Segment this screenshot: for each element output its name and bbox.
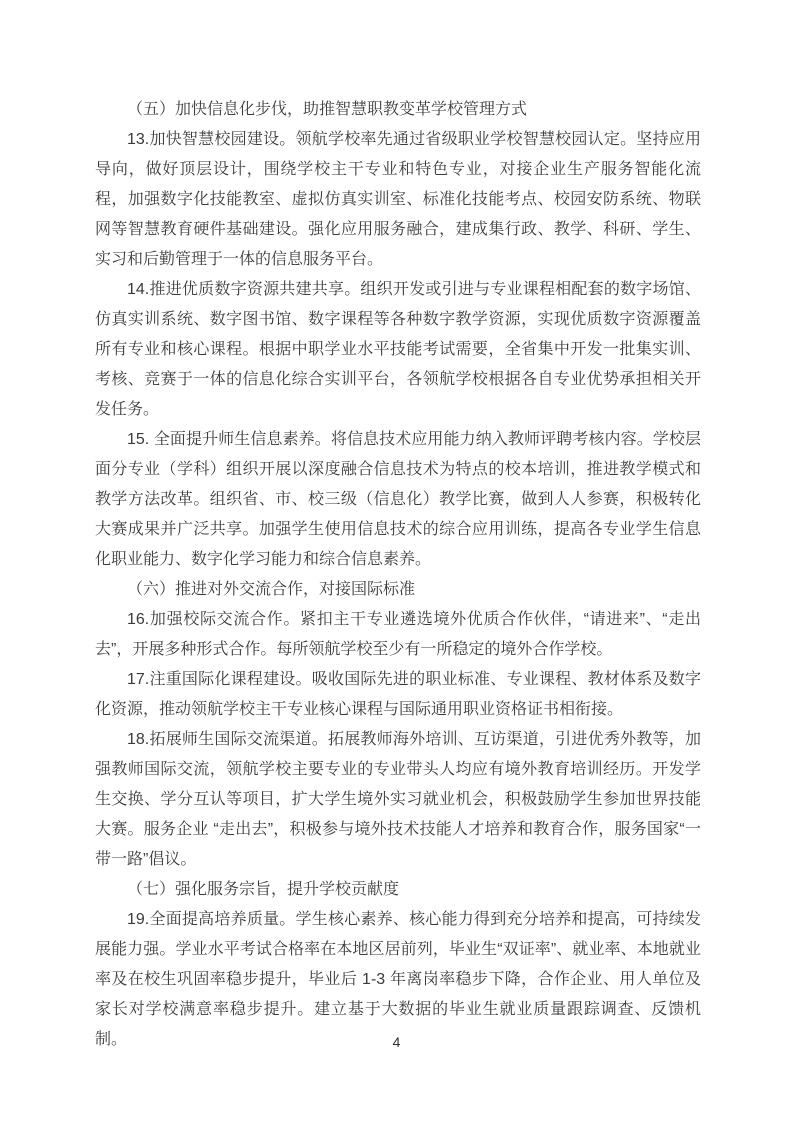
paragraph-16: 16.加强校际交流合作。紧扣主干专业遴选境外优质合作伙伴，“请进来”、“走出去”… — [95, 605, 701, 665]
section-heading-6: （六）推进对外交流合作，对接国际标准 — [95, 575, 701, 605]
document-page: （五）加快信息化步伐，助推智慧职教变革学校管理方式 13.加快智慧校园建设。领航… — [0, 0, 793, 1122]
paragraph-14: 14.推进优质数字资源共建共享。组织开发或引进与专业课程相配套的数字场馆、仿真实… — [95, 275, 701, 425]
paragraph-15: 15. 全面提升师生信息素养。将信息技术应用能力纳入教师评聘考核内容。学校层面分… — [95, 425, 701, 575]
paragraph-17: 17.注重国际化课程建设。吸收国际先进的职业标准、专业课程、教材体系及数字化资源… — [95, 665, 701, 725]
paragraph-18: 18.拓展师生国际交流渠道。拓展教师海外培训、互访渠道，引进优秀外教等，加强教师… — [95, 725, 701, 875]
section-heading-5: （五）加快信息化步伐，助推智慧职教变革学校管理方式 — [95, 95, 701, 125]
document-body: （五）加快信息化步伐，助推智慧职教变革学校管理方式 13.加快智慧校园建设。领航… — [95, 95, 701, 1055]
section-heading-7: （七）强化服务宗旨，提升学校贡献度 — [95, 875, 701, 905]
paragraph-13: 13.加快智慧校园建设。领航学校率先通过省级职业学校智慧校园认定。坚持应用导向，… — [95, 125, 701, 275]
page-number: 4 — [0, 1032, 793, 1052]
